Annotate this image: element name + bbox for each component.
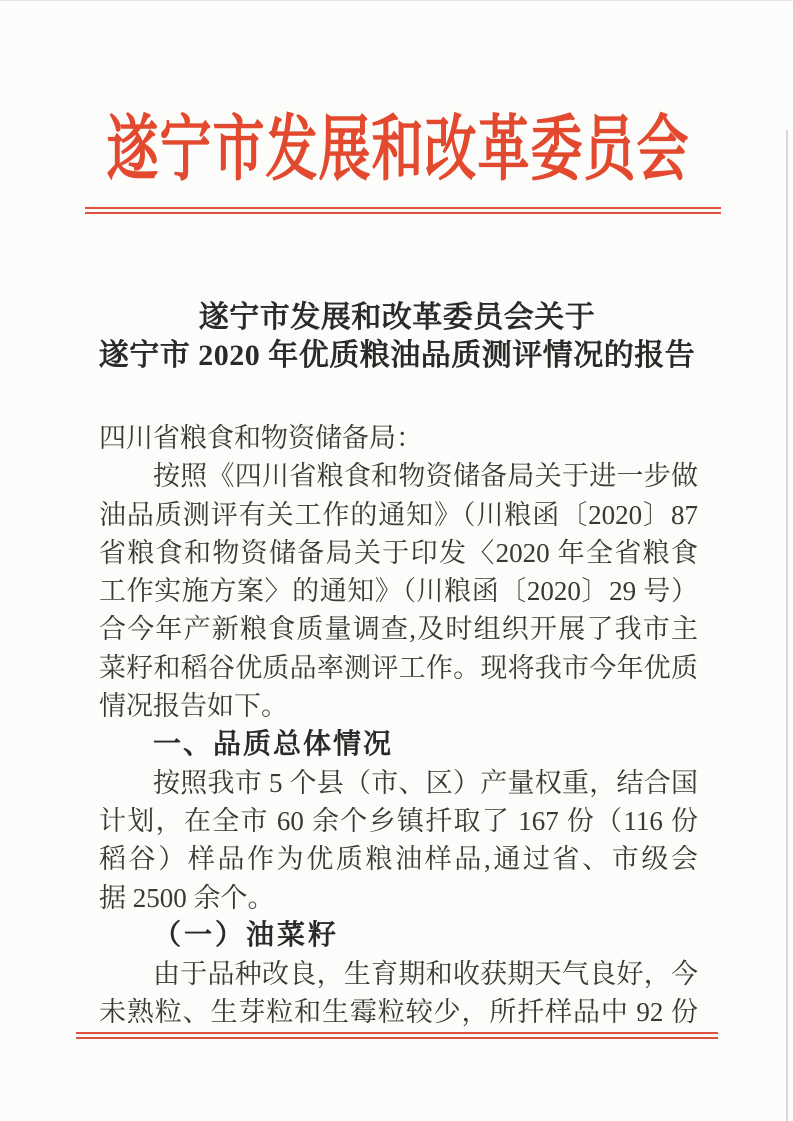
body-line: 稻谷）样品作为优质粮油样品,通过省、市级会检，获得检测数 <box>99 840 698 878</box>
section-heading: 一、品质总体情况 <box>99 725 698 763</box>
body-line: 情况报告如下。 <box>99 687 698 725</box>
body-line: 油品质测评有关工作的通知》（川粮函〔2020〕87 号）和《四川 <box>99 496 698 534</box>
title-line-2: 遂宁市 2020 年优质粮油品质测评情况的报告 <box>97 337 697 375</box>
body-line: 按照《四川省粮食和物资储备局关于进一步做好全省优质粮 <box>99 457 698 495</box>
section-heading: （一）油菜籽 <box>99 917 698 955</box>
scan-edge-top <box>0 0 793 1</box>
footer-rule <box>76 1032 718 1039</box>
document-body: 四川省粮食和物资储备局：按照《四川省粮食和物资储备局关于进一步做好全省优质粮油品… <box>99 419 698 1032</box>
title-line-1: 遂宁市发展和改革委员会关于 <box>97 299 697 337</box>
body-line: 未熟粒、生芽粒和生霉粒较少，所扦样品中 92 份样品符合《天 <box>99 993 698 1031</box>
body-line: 省粮食和物资储备局关于印发〈2020 年全省粮食质量安全监测 <box>99 534 698 572</box>
body-line: 按照我市 5 个县（市、区）产量权重，结合国家、省级监测 <box>99 764 698 802</box>
scan-edge-right <box>786 130 788 1121</box>
scanned-document-page: 遂宁市发展和改革委员会 遂宁市发展和改革委员会关于 遂宁市 2020 年优质粮油… <box>0 0 793 1121</box>
body-line: 计划，在全市 60 余个乡镇扦取了 167 份（116 份油菜籽、51 份 <box>99 802 698 840</box>
body-line: 合今年产新粮食质量调查,及时组织开展了我市主要粮食作物油 <box>99 610 698 648</box>
body-line: 据 2500 余个。 <box>99 879 698 917</box>
letterhead-title: 遂宁市发展和改革委员会 <box>80 113 716 190</box>
body-line: 由于品种改良，生育期和收获期天气良好，今年我市油菜籽 <box>99 955 698 993</box>
document-title: 遂宁市发展和改革委员会关于 遂宁市 2020 年优质粮油品质测评情况的报告 <box>97 299 697 374</box>
header-rule <box>85 207 721 214</box>
body-line: 四川省粮食和物资储备局： <box>99 419 698 457</box>
body-line: 工作实施方案〉的通知》（川粮函〔2020〕29 号）要求，我委结 <box>99 572 698 610</box>
body-line: 菜籽和稻谷优质品率测评工作。现将我市今年优质粮油品质测评 <box>99 649 698 687</box>
